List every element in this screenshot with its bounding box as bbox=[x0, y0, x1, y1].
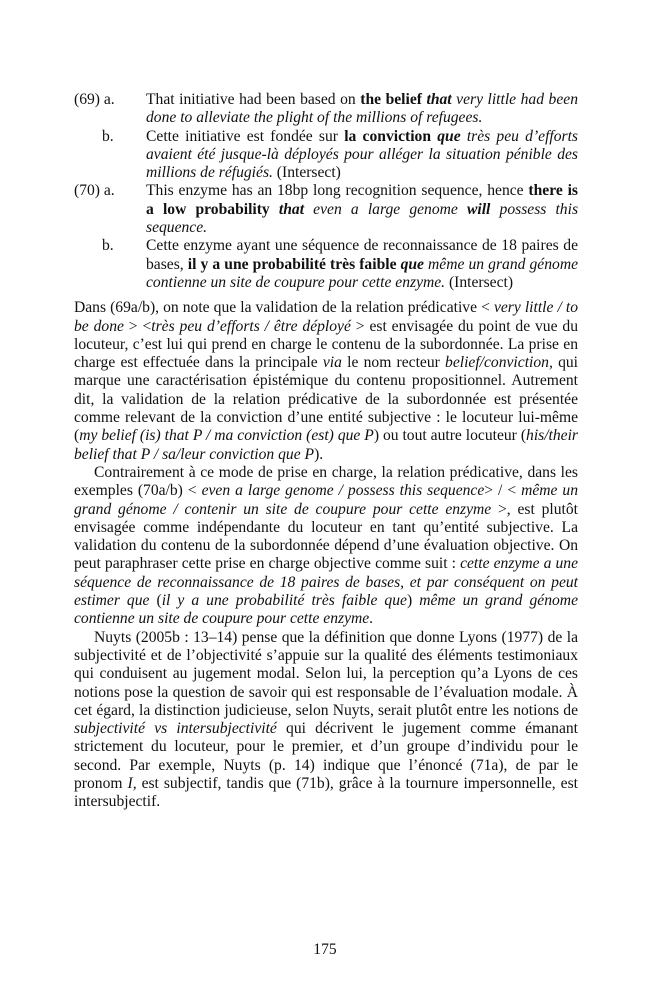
body-paragraph-1: Dans (69a/b), on note que la validation … bbox=[74, 299, 578, 464]
example-text: Cette initiative est fondée sur la convi… bbox=[146, 128, 578, 183]
example-number: (69) a. bbox=[74, 91, 115, 109]
body-paragraph-3: Nuyts (2005b : 13–14) pense que la défin… bbox=[74, 629, 578, 812]
example-69a: (69) a. That initiative had been based o… bbox=[74, 91, 578, 128]
page-number: 175 bbox=[0, 941, 650, 959]
example-69b: b. Cette initiative est fondée sur la co… bbox=[74, 128, 578, 183]
example-number: (70) a. bbox=[74, 182, 115, 200]
example-text: Cette enzyme ayant une séquence de recon… bbox=[146, 237, 578, 292]
example-text: This enzyme has an 18bp long recognition… bbox=[146, 182, 578, 237]
example-sublabel: b. bbox=[102, 237, 114, 255]
body-paragraph-2: Contrairement à ce mode de prise en char… bbox=[74, 464, 578, 629]
page-body: (69) a. That initiative had been based o… bbox=[74, 91, 578, 812]
examples-block: (69) a. That initiative had been based o… bbox=[74, 91, 578, 292]
example-70b: b. Cette enzyme ayant une séquence de re… bbox=[74, 237, 578, 292]
example-text: That initiative had been based on the be… bbox=[146, 91, 578, 128]
example-70a: (70) a. This enzyme has an 18bp long rec… bbox=[74, 182, 578, 237]
example-sublabel: b. bbox=[102, 128, 114, 146]
